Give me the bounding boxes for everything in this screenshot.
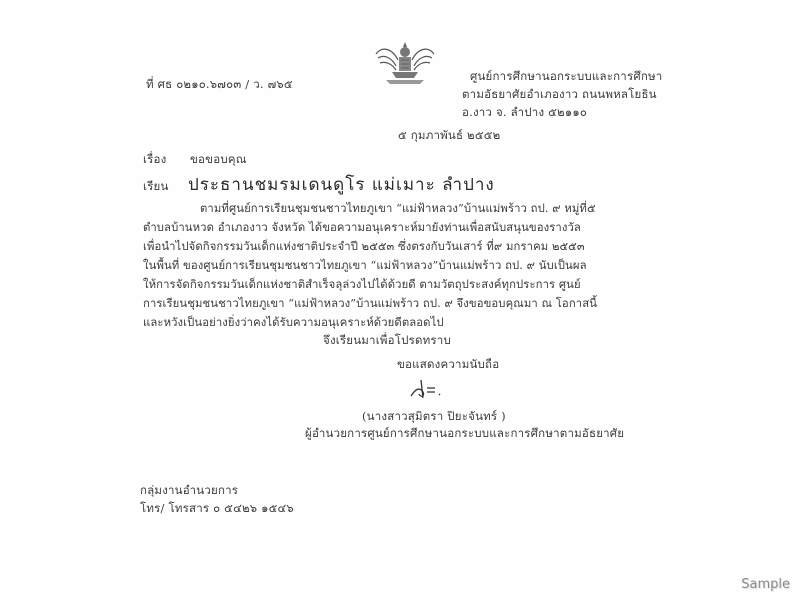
phone-fax: โทร/ โทรสาร ๐ ๕๔๒๖ ๑๕๔๖	[140, 500, 294, 518]
body-line: ในพื้นที่ ของศูนย์การเรียนชุมชนชาวไทยภูเ…	[143, 256, 663, 274]
recipient-handwritten: ประธานชมรมเดนดูโร แม่เมาะ ลำปาง	[188, 171, 495, 198]
address-line: อ.งาว จ. ลำปาง ๕๒๑๑๐	[462, 104, 587, 122]
signature-icon	[407, 376, 447, 402]
closing-request: จึงเรียนมาเพื่อโปรดทราบ	[323, 332, 451, 350]
body-line: การเรียนชุมชนชาวไทยภูเขา “แม่ฟ้าหลวง”บ้า…	[143, 294, 663, 312]
address-line: ตามอัธยาศัยอำเภองาว ถนนพหลโยธิน	[462, 86, 657, 104]
closing-phrase: ขอแสดงความนับถือ	[397, 356, 499, 374]
subject-text: ขอขอบคุณ	[190, 151, 247, 169]
body-line: ให้การจัดกิจกรรมวันเด็กแห่งชาติสำเร็จลุล…	[143, 275, 663, 293]
subject-label: เรื่อง	[143, 151, 166, 169]
letter-date: ๕ กุมภาพันธ์ ๒๕๕๒	[398, 127, 500, 145]
reference-number: ที่ ศธ ๐๒๑๐.๖๗๐๓ / ว. ๗๖๕	[146, 76, 293, 94]
address-line: ศูนย์การศึกษานอกระบบและการศึกษา	[470, 68, 662, 86]
department: กลุ่มงานอำนวยการ	[140, 482, 238, 500]
garuda-emblem-icon	[372, 36, 438, 88]
body-line: ตามที่ศูนย์การเรียนชุมชนชาวไทยภูเขา “แม่…	[200, 199, 720, 217]
signer-title: ผู้อำนวยการศูนย์การศึกษานอกระบบและการศึก…	[305, 425, 624, 443]
signer-name: (นางสาวสุมิตรา ปิยะจันทร์ )	[362, 408, 506, 426]
recipient-label: เรียน	[143, 178, 169, 196]
sample-watermark: Sample	[741, 577, 790, 592]
body-line: และหวังเป็นอย่างยิ่งว่าคงได้รับความอนุเค…	[143, 313, 663, 331]
body-line: ตำบลบ้านหวด อำเภองาว จังหวัด ได้ขอความอน…	[143, 218, 663, 236]
body-line: เพื่อนำไปจัดกิจกรรมวันเด็กแห่งชาติประจำป…	[143, 237, 663, 255]
scanned-letter: ที่ ศธ ๐๒๑๐.๖๗๐๓ / ว. ๗๖๕ ศูนย์การศึกษาน…	[0, 0, 800, 600]
